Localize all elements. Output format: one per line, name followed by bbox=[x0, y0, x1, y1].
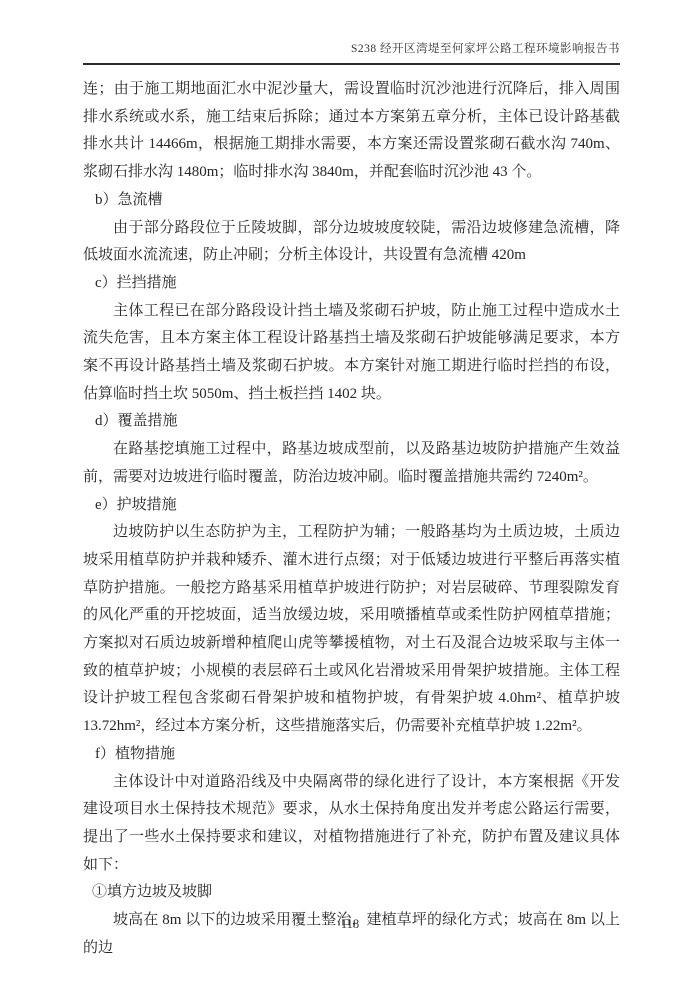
paragraph-vegetation-measures: 主体设计中对道路沿线及中央隔离带的绿化进行了设计，本方案根据《开发建设项目水土保… bbox=[83, 769, 620, 880]
heading-d-covering-measures: d）覆盖措施 bbox=[83, 408, 620, 436]
page-footer: 118 bbox=[0, 917, 700, 932]
heading-f-vegetation-measures: f）植物措施 bbox=[83, 741, 620, 769]
paragraph-slope-protection: 边坡防护以生态防护为主，工程防护为辅；一般路基均为土质边坡，土质边坡采用植草防护… bbox=[83, 519, 620, 741]
paragraph-drainage-continuation: 连；由于施工期地面汇水中泥沙量大，需设置临时沉沙池进行沉降后，排入周围排水系统或… bbox=[83, 76, 620, 187]
heading-1-fill-slope: ①填方边坡及坡脚 bbox=[83, 879, 620, 907]
paragraph-chute: 由于部分路段位于丘陵坡脚，部分边坡坡度较陡，需沿边坡修建急流槽，降低坡面水流流速… bbox=[83, 215, 620, 270]
header-divider-line bbox=[83, 63, 620, 65]
heading-c-retaining-measures: c）拦挡措施 bbox=[83, 270, 620, 298]
page-header: S238 经开区湾堤至何家坪公路工程环境影响报告书 bbox=[83, 42, 620, 57]
paragraph-fill-slope: 坡高在 8m 以下的边坡采用覆土整治，建植草坪的绿化方式；坡高在 8m 以上的边 bbox=[83, 907, 620, 962]
document-page: S238 经开区湾堤至何家坪公路工程环境影响报告书 连；由于施工期地面汇水中泥沙… bbox=[0, 0, 700, 990]
header-running-title: S238 经开区湾堤至何家坪公路工程环境影响报告书 bbox=[351, 43, 620, 55]
document-body: 连；由于施工期地面汇水中泥沙量大，需设置临时沉沙池进行沉降后，排入周围排水系统或… bbox=[83, 76, 620, 963]
page-number: 118 bbox=[341, 917, 359, 931]
paragraph-retaining-measures: 主体工程已在部分路段设计挡土墙及浆砌石护坡，防止施工过程中造成水土流失危害，且本… bbox=[83, 298, 620, 409]
heading-b-chute: b）急流槽 bbox=[83, 187, 620, 215]
heading-e-slope-protection: e）护坡措施 bbox=[83, 492, 620, 520]
paragraph-covering-measures: 在路基挖填施工过程中，路基边坡成型前，以及路基边坡防护措施产生效益前，需要对边坡… bbox=[83, 436, 620, 491]
